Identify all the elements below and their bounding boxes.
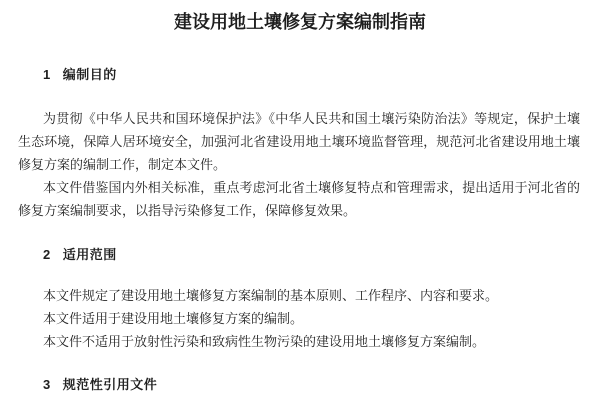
section-heading-label: 规范性引用文件 xyxy=(63,377,158,392)
section-1: 1编制目的 为贯彻《中华人民共和国环境保护法》《中华人民共和国土壤污染防治法》等… xyxy=(18,68,580,222)
paragraph: 本文件适用于建设用地土壤修复方案的编制。 xyxy=(18,307,580,330)
section-heading-label: 适用范围 xyxy=(63,247,117,262)
paragraph: 为贯彻《中华人民共和国环境保护法》《中华人民共和国土壤污染防治法》等规定，保护土… xyxy=(18,107,580,176)
document-title: 建设用地土壤修复方案编制指南 xyxy=(0,11,600,33)
section-number: 2 xyxy=(43,248,51,262)
paragraph: 本文件不适用于放射性污染和致病性生物污染的建设用地土壤修复方案编制。 xyxy=(18,330,580,353)
section-heading: 2适用范围 xyxy=(18,248,580,262)
section-3: 3规范性引用文件 xyxy=(18,378,580,392)
document-body: 1编制目的 为贯彻《中华人民共和国环境保护法》《中华人民共和国土壤污染防治法》等… xyxy=(18,34,580,392)
section-heading: 3规范性引用文件 xyxy=(18,378,580,392)
paragraph: 本文件规定了建设用地土壤修复方案编制的基本原则、工作程序、内容和要求。 xyxy=(18,284,580,307)
section-2: 2适用范围 本文件规定了建设用地土壤修复方案编制的基本原则、工作程序、内容和要求… xyxy=(18,248,580,353)
document-page: 建设用地土壤修复方案编制指南 1编制目的 为贯彻《中华人民共和国环境保护法》《中… xyxy=(0,0,600,400)
section-heading-label: 编制目的 xyxy=(63,67,117,82)
section-number: 3 xyxy=(43,378,51,392)
section-heading: 1编制目的 xyxy=(18,68,580,82)
section-number: 1 xyxy=(43,68,51,82)
paragraph: 本文件借鉴国内外相关标准，重点考虑河北省土壤修复特点和管理需求，提出适用于河北省… xyxy=(18,176,580,222)
